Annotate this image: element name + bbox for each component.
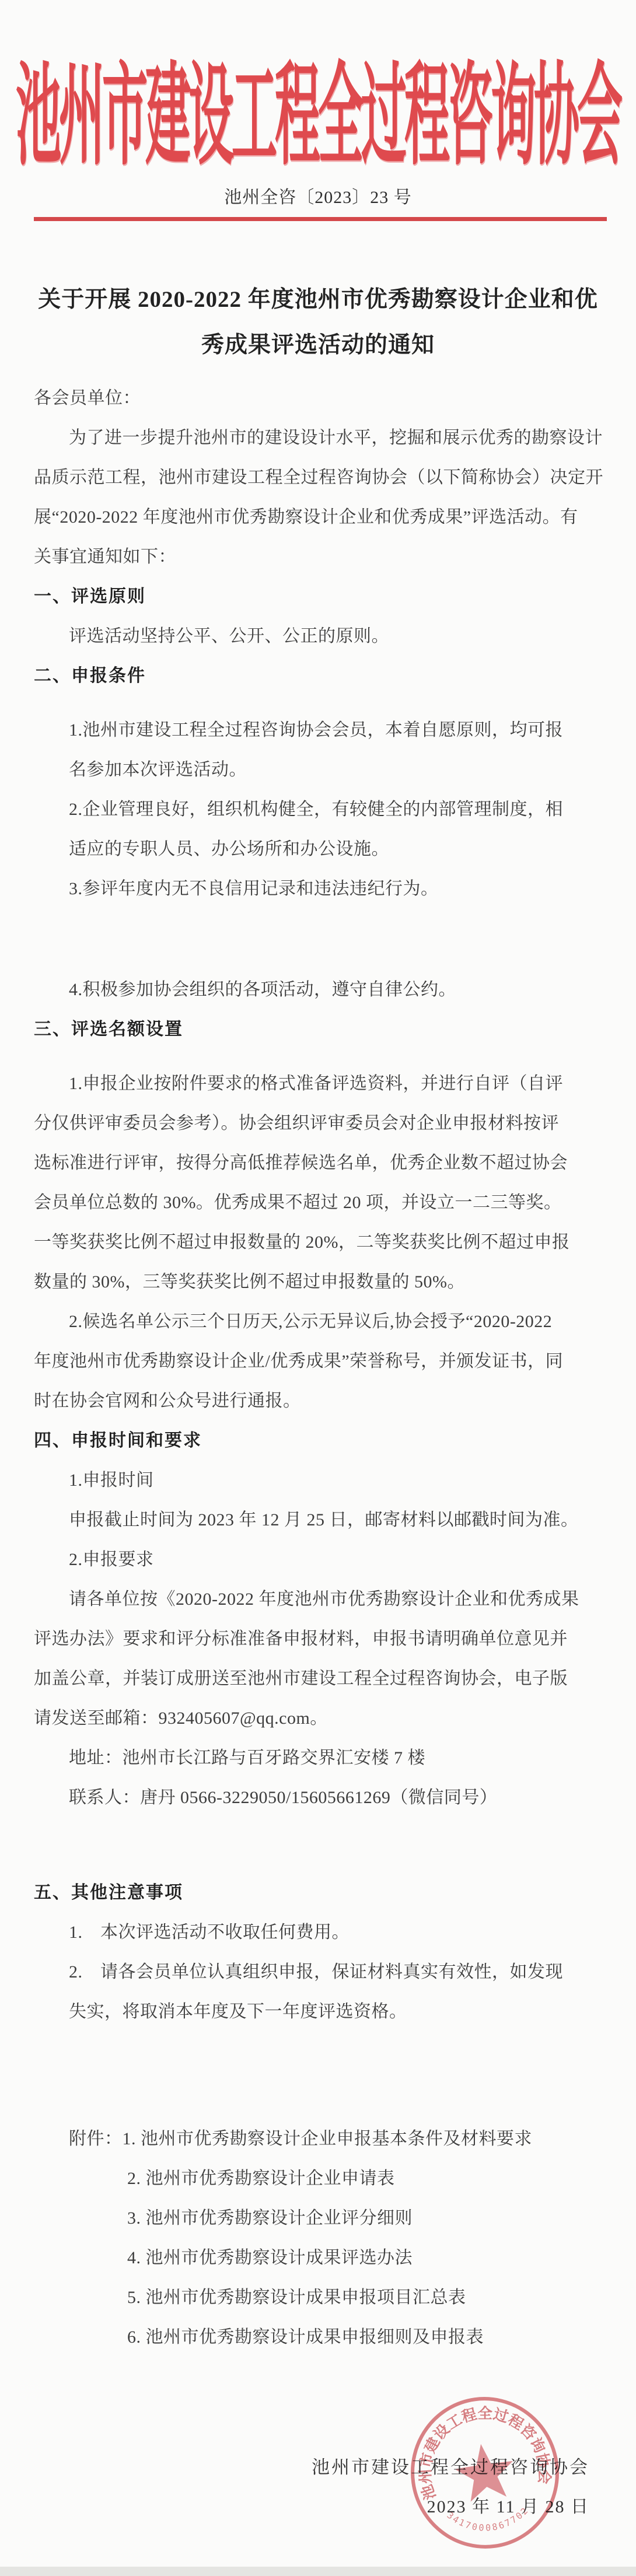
body-line: 2. 池州市优秀勘察设计企业申请表 [127, 2159, 607, 2199]
body-line: 6. 池州市优秀勘察设计成果申报细则及申报表 [127, 2318, 607, 2357]
scanned-notice-page: 池州市建设工程全过程咨询协会 池州全咨〔2023〕23 号 关于开展 2020-… [0, 0, 636, 2576]
document-body: 各会员单位：为了进一步提升池州市的建设设计水平，挖掘和展示优秀的勘察设计品质示范… [0, 379, 636, 2357]
body-line: 申报截止时间为 2023 年 12 月 25 日，邮寄材料以邮戳时间为准。 [69, 1500, 607, 1540]
body-line: 1.申报企业按附件要求的格式准备评选资料，并进行自评（自评 [69, 1064, 607, 1104]
body-line: 联系人：唐丹 0566-3229050/15605661269（微信同号） [69, 1778, 607, 1818]
body-line: 2.申报要求 [69, 1540, 607, 1580]
body-line: 3.参评年度内无不良信用记录和违法违纪行为。 [69, 869, 607, 909]
body-line: 为了进一步提升池州市的建设设计水平，挖掘和展示优秀的勘察设计 [69, 418, 607, 458]
body-line: 请发送至邮箱：932405607@qq.com。 [34, 1699, 607, 1738]
document-title: 关于开展 2020-2022 年度池州市优秀勘察设计企业和优 秀成果评选活动的通… [0, 277, 636, 368]
scan-bottom-edge [0, 2567, 636, 2576]
body-line: 选标准进行评审，按得分高低推荐候选名单，优秀企业数不超过协会 [34, 1143, 607, 1183]
body-line: 数量的 30%，三等奖获奖比例不超过申报数量的 50%。 [34, 1262, 607, 1302]
document-number: 池州全咨〔2023〕23 号 [0, 188, 636, 208]
body-line: 5. 池州市优秀勘察设计成果申报项目汇总表 [127, 2278, 607, 2318]
section-heading: 四、申报时间和要求 [34, 1421, 607, 1461]
body-line: 2.候选名单公示三个日历天,公示无异议后,协会授予“2020-2022 [69, 1302, 607, 1342]
body-line: 各会员单位： [34, 379, 607, 418]
body-line: 年度池州市优秀勘察设计企业/优秀成果”荣誉称号，并颁发证书，同 [34, 1342, 607, 1381]
org-header-title: 池州市建设工程全过程咨询协会 [16, 27, 620, 187]
body-line: 评选办法》要求和评分标准准备申报材料，申报书请明确单位意见并 [34, 1619, 607, 1659]
body-line: 失实，将取消本年度及下一年度评选资格。 [69, 1992, 607, 2032]
signature-org: 池州市建设工程全过程咨询协会 [0, 2448, 636, 2487]
document-title-line2: 秀成果评选活动的通知 [0, 323, 636, 368]
section-heading: 三、评选名额设置 [34, 1010, 607, 1049]
body-line: 会员单位总数的 30%。优秀成果不超过 20 项，并设立一二三等奖。 [34, 1183, 607, 1223]
body-line: 2. 请各会员单位认真组织申报，保证材料真实有效性，如发现 [69, 1952, 607, 1992]
section-heading: 五、其他注意事项 [34, 1873, 607, 1913]
body-line: 2.企业管理良好，组织机构健全，有较健全的内部管理制度，相 [69, 790, 607, 829]
body-line: 1.申报时间 [69, 1461, 607, 1500]
body-line: 1. 本次评选活动不收取任何费用。 [69, 1913, 607, 1952]
body-line: 4. 池州市优秀勘察设计成果评选办法 [127, 2238, 607, 2278]
body-line: 一等奖获奖比例不超过申报数量的 20%，二等奖获奖比例不超过申报 [34, 1223, 607, 1262]
body-line: 请各单位按《2020-2022 年度池州市优秀勘察设计企业和优秀成果 [69, 1580, 607, 1619]
signature-date: 2023 年 11 月 28 日 [0, 2487, 636, 2527]
body-line: 适应的专职人员、办公场所和办公设施。 [69, 829, 607, 869]
body-line: 评选活动坚持公平、公开、公正的原则。 [69, 617, 607, 656]
body-line: 品质示范工程，池州市建设工程全过程咨询协会（以下简称协会）决定开 [34, 458, 607, 498]
body-line: 4.积极参加协会组织的各项活动，遵守自律公约。 [69, 970, 607, 1010]
body-line: 名参加本次评选活动。 [69, 750, 607, 790]
section-heading: 一、评选原则 [34, 577, 607, 617]
body-line: 附件：1. 池州市优秀勘察设计企业申报基本条件及材料要求 [69, 2119, 607, 2159]
body-line: 关事宜通知如下： [34, 537, 607, 577]
body-line: 分仅供评审委员会参考）。协会组织评审委员会对企业申报材料按评 [34, 1104, 607, 1143]
body-line: 加盖公章，并装订成册送至池州市建设工程全过程咨询协会，电子版 [34, 1659, 607, 1699]
body-line: 地址：池州市长江路与百牙路交界汇安楼 7 楼 [69, 1738, 607, 1778]
body-line: 时在协会官网和公众号进行通报。 [34, 1381, 607, 1421]
body-line: 展“2020-2022 年度池州市优秀勘察设计企业和优秀成果”评选活动。有 [34, 498, 607, 537]
section-heading: 二、申报条件 [34, 656, 607, 696]
body-line: 3. 池州市优秀勘察设计企业评分细则 [127, 2199, 607, 2238]
document-title-line1: 关于开展 2020-2022 年度池州市优秀勘察设计企业和优 [0, 277, 636, 323]
red-divider [34, 217, 607, 221]
masthead: 池州市建设工程全过程咨询协会 [0, 27, 636, 146]
body-line: 1.池州市建设工程全过程咨询协会会员，本着自愿原则，均可报 [69, 710, 607, 750]
